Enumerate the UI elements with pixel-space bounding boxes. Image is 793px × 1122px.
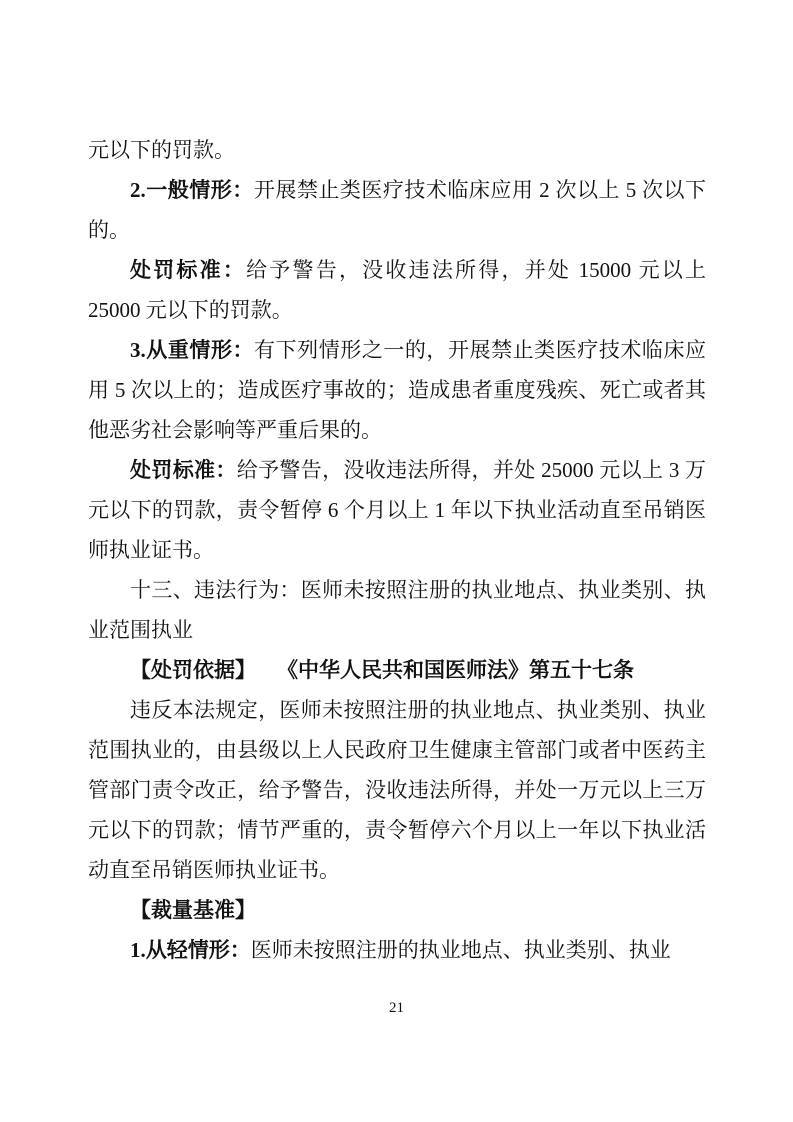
paragraph: 处罚标准：给予警告，没收违法所得，并处 15000 元以上 25000 元以下的… (88, 250, 706, 330)
bold-text-run: 【处罚依据】 (130, 658, 246, 682)
document-body: 元以下的罚款。2.一般情形：开展禁止类医疗技术临床应用 2 次以上 5 次以下的… (88, 130, 706, 970)
paragraph: 1.从轻情形：医师未按照注册的执业地点、执业类别、执业 (88, 930, 706, 970)
text-run: 十三、违法行为：医师未按照注册的执业地点、执业类别、执业范围执业 (88, 578, 706, 642)
paragraph: 【裁量基准】 (88, 890, 706, 930)
bold-text-run: 处罚标准： (130, 458, 237, 482)
document-page: 元以下的罚款。2.一般情形：开展禁止类医疗技术临床应用 2 次以上 5 次以下的… (0, 0, 793, 1122)
text-run: 医师未按照注册的执业地点、执业类别、执业 (251, 938, 671, 962)
bold-text-run: 【裁量基准】 (130, 898, 256, 922)
bold-text-run: 《中华人民共和国医师法》第五十七条 (288, 658, 635, 682)
paragraph: 【处罚依据】 《中华人民共和国医师法》第五十七条 (88, 650, 706, 690)
bold-text-run: 2.一般情形： (130, 178, 254, 202)
paragraph: 处罚标准：给予警告，没收违法所得，并处 25000 元以上 3 万元以下的罚款，… (88, 450, 706, 570)
paragraph: 十三、违法行为：医师未按照注册的执业地点、执业类别、执业范围执业 (88, 570, 706, 650)
text-run: 元以下的罚款。 (88, 138, 235, 162)
page-number: 21 (0, 998, 793, 1018)
text-run: 违反本法规定，医师未按照注册的执业地点、执业类别、执业范围执业的，由县级以上人民… (88, 698, 706, 882)
paragraph: 2.一般情形：开展禁止类医疗技术临床应用 2 次以上 5 次以下的。 (88, 170, 706, 250)
paragraph: 违反本法规定，医师未按照注册的执业地点、执业类别、执业范围执业的，由县级以上人民… (88, 690, 706, 890)
paragraph: 3.从重情形：有下列情形之一的，开展禁止类医疗技术临床应用 5 次以上的；造成医… (88, 330, 706, 450)
bold-text-run: 1.从轻情形： (130, 938, 251, 962)
text-run (246, 658, 288, 682)
paragraph: 元以下的罚款。 (88, 130, 706, 170)
bold-text-run: 处罚标准： (130, 258, 246, 282)
bold-text-run: 3.从重情形： (130, 338, 254, 362)
